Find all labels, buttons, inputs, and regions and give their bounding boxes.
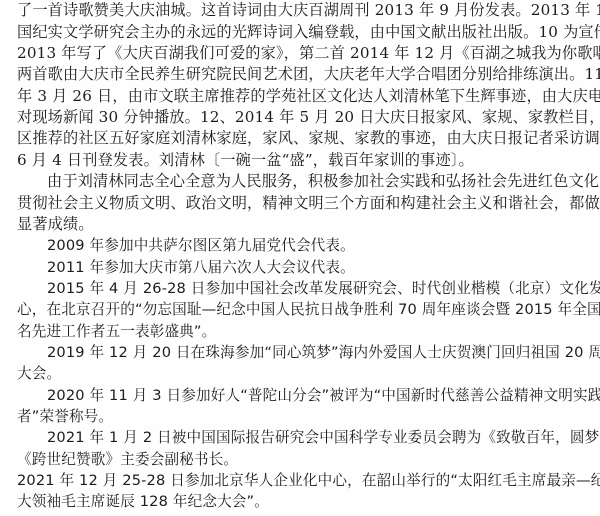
text-line: 对现场新闻 30 分钟播放。12、2014 年 5 月 20 日大庆日报家风、家… xyxy=(17,107,587,128)
text-line: 2013 年写了《大庆百湖我们可爱的家》，第二首 2014 年 12 月《百湖之… xyxy=(17,43,587,64)
text-line: 《跨世纪赞歌》主委会副秘书长。 xyxy=(17,449,587,470)
list-item-2015: 2015 年 4 月 26-28 日参加中国社会改革发展研究会、时代创业楷模（北… xyxy=(47,278,587,299)
text-line: 6 月 4 日刊登发表。刘清林〔一碗一盆“盛”，载百年家训的事迹〕。 xyxy=(17,150,587,171)
text-line: 两首歌由大庆市全民养生研究院民间艺术团，大庆老年大学合唱团分别给排练演出。11.… xyxy=(17,64,587,85)
paragraph-start-line: 由于刘清林同志全心全意为人民服务，积极参加社会实践和弘扬社会先进红色文化，在 xyxy=(47,171,587,192)
text-line: 名先进工作者五一表彰盛典”。 xyxy=(17,321,587,342)
text-line: 贯彻社会主义物质文明、政治文明，精神文明三个方面和构建社会主义和谐社会，都做出了 xyxy=(17,193,587,214)
text-line: 年 3 月 26 日，由市文联主席推荐的学苑社区文化达人刘清林笔下生辉事迹，由大… xyxy=(17,86,587,107)
list-item-2020: 2020 年 11 月 3 日参加好人“普陀山分会”被评为“中国新时代慈善公益精… xyxy=(47,385,587,406)
text-line: 者”荣誉称号。 xyxy=(17,406,587,427)
text-line: 国纪实文学研究会主办的永远的光辉诗词入编登载，由中国文献出版社出版。10 为宣传… xyxy=(17,22,587,43)
list-item-2009: 2009 年参加中共萨尔图区第九届党代会代表。 xyxy=(47,235,587,256)
list-item-2021-jan: 2021 年 1 月 2 日被中国国际报告研究会中国科学专业委员会聘为《致敬百年… xyxy=(47,427,587,448)
list-item-2021-dec: 2021 年 12 月 25-28 日参加北京华人企业化中心，在韶山举行的“太阳… xyxy=(17,470,587,491)
text-line: 区推荐的社区五好家庭刘清林家庭，家风、家规、家教的事迹，由大庆日报记者采访调查于 xyxy=(17,128,587,149)
text-line: 显著成绩。 xyxy=(17,214,587,235)
list-item-2011: 2011 年参加大庆市第八届六次人大会议代表。 xyxy=(47,257,587,278)
text-line: 大会。 xyxy=(17,363,587,384)
list-item-2019: 2019 年 12 月 20 日在珠海参加“同心筑梦”海内外爱国人士庆贺澳门回归… xyxy=(47,342,587,363)
text-line: 心，在北京召开的“勿忘国耻—纪念中国人民抗日战争胜利 70 周年座谈会暨 201… xyxy=(17,299,587,320)
document-page: 了一首诗歌赞美大庆油城。这首诗词由大庆百湖周刊 2013 年 9 月份发表。20… xyxy=(0,0,600,516)
text-line: 了一首诗歌赞美大庆油城。这首诗词由大庆百湖周刊 2013 年 9 月份发表。20… xyxy=(17,0,587,21)
text-line: 大领袖毛主席诞辰 128 年纪念大会”。 xyxy=(17,491,587,512)
